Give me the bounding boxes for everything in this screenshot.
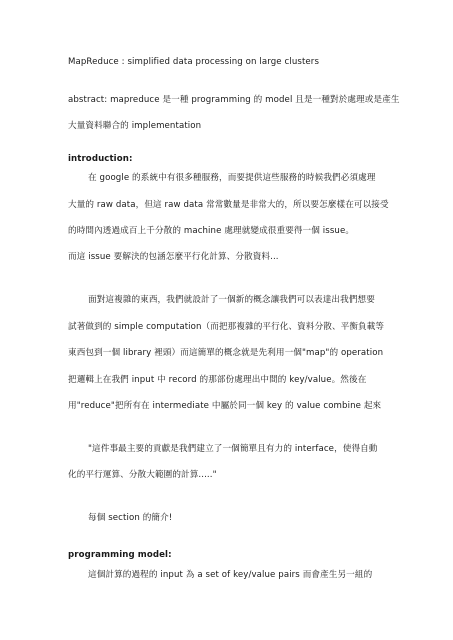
intro-p1-line-3: 的時間內透過成百上千分散的 machine 處理就變成很重要得一個 issue。 (68, 225, 354, 237)
intro-p1-line-2: 大量的 raw data，但這 raw data 常常數量是非常大的，所以要怎麼… (68, 199, 389, 211)
intro-p2-line-3: 東西包到一個 library 裡頭）而這簡單的概念就是先利用一個"map"的 o… (68, 347, 383, 359)
programming-model-heading: programming model: (68, 549, 172, 561)
intro-p4: 每個 section 的簡介! (88, 512, 172, 524)
intro-p2-line-4: 把邏輯上在我們 input 中 record 的那部份處理出中間的 key/va… (68, 374, 366, 386)
intro-p1-line-4: 而這 issue 要解決的包涵怎麼平行化計算、分散資料... (68, 251, 279, 263)
intro-p2-line-1: 面對這複雜的東西，我們就設計了一個新的概念讓我們可以表達出我們想要 (88, 294, 375, 306)
abstract-line-1: abstract: mapreduce 是一種 programming 的 mo… (68, 94, 400, 106)
intro-p3-line-1: "這件事最主要的貢獻是我們建立了一個簡單且有力的 interface，使得自動 (88, 443, 378, 455)
intro-p2-line-2: 試著做到的 simple computation（而把那複雜的平行化、資料分散、… (68, 321, 384, 333)
introduction-heading: introduction: (68, 153, 133, 165)
document-title: MapReduce : simplified data processing o… (68, 56, 319, 68)
intro-p2-line-5: 用"reduce"把所有在 intermediate 中屬於同一個 key 的 … (68, 400, 381, 412)
programming-model-line-1: 這個計算的過程的 input 為 a set of key/value pair… (88, 569, 372, 581)
document-page: MapReduce : simplified data processing o… (0, 0, 453, 640)
intro-p3-line-2: 化的平行運算、分散大範圍的計算....." (68, 469, 217, 481)
abstract-line-2: 大量資料聯合的 implementation (68, 120, 201, 132)
intro-p1-line-1: 在 google 的系統中有很多種服務，而要提供這些服務的時候我們必須處理 (88, 172, 375, 184)
